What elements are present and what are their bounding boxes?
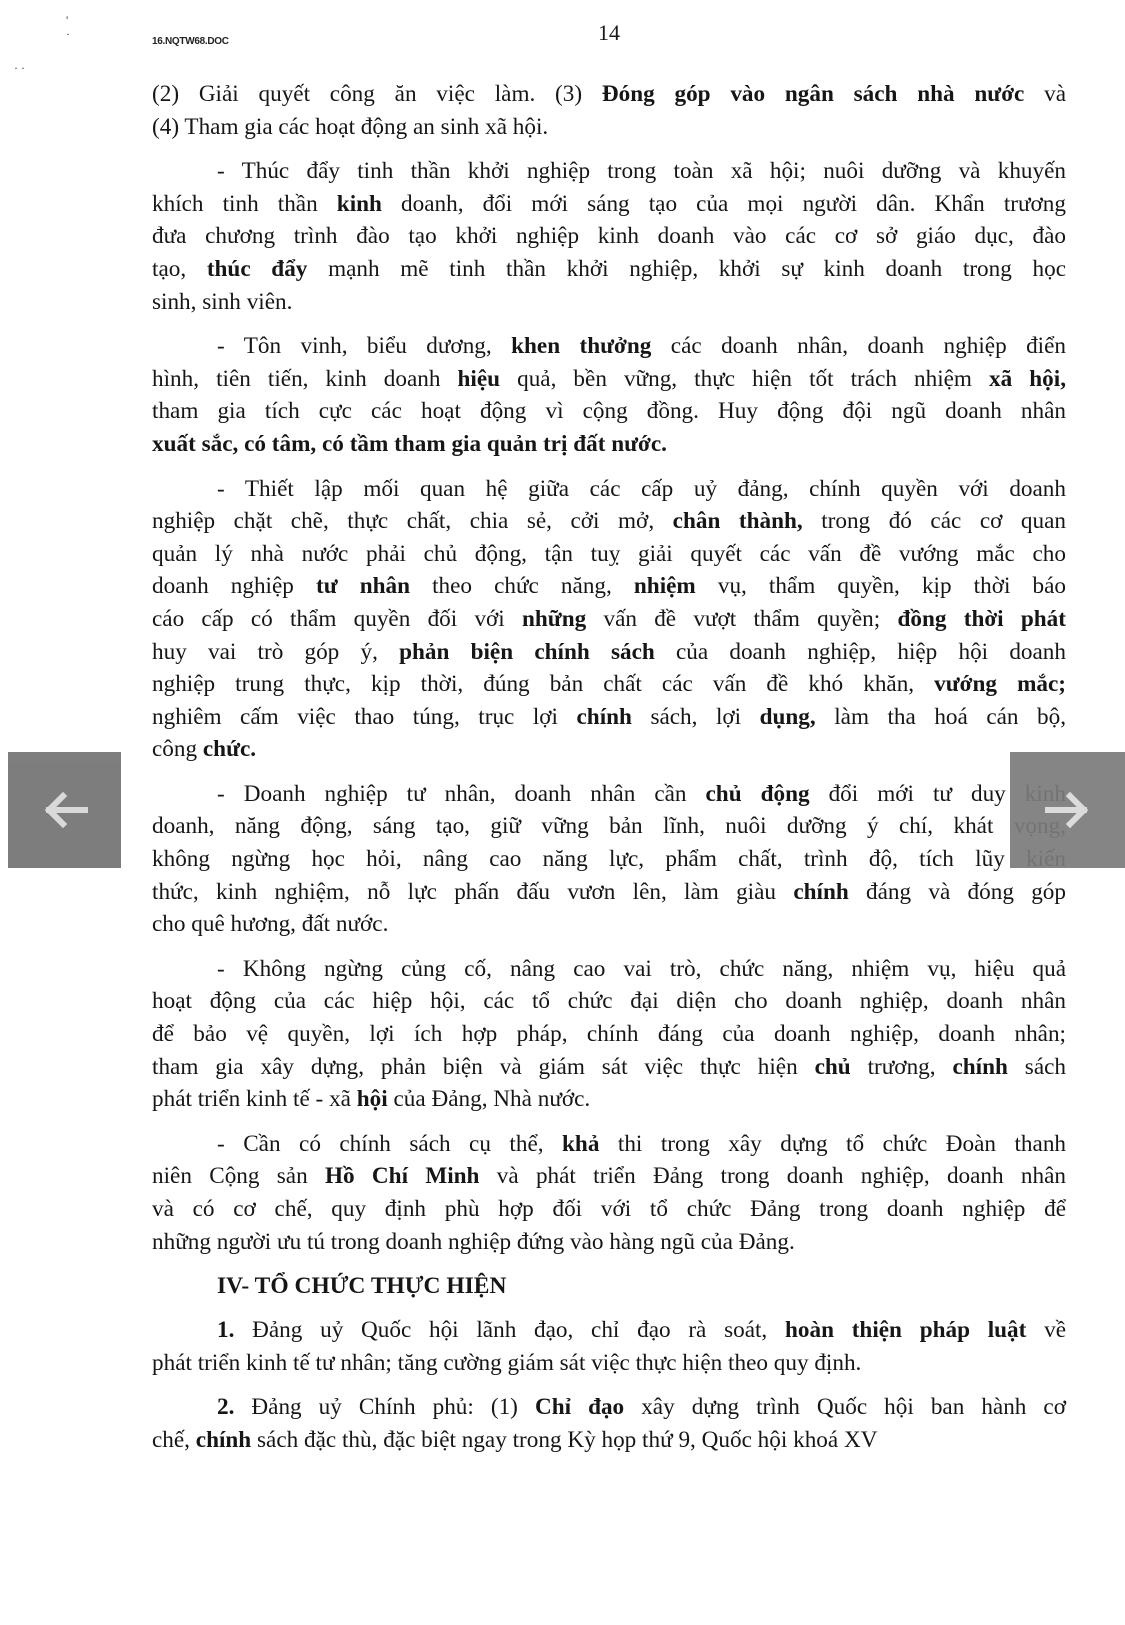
text-line: xuất sắc, có tâm, có tầm tham gia quản t… [152,428,1066,461]
text-line: 2. Đảng uỷ Chính phủ: (1) Chỉ đạo xây dự… [152,1391,1066,1424]
arrow-right-icon [1044,790,1092,830]
text-line: - Thiết lập mối quan hệ giữa các cấp uỷ … [152,473,1066,506]
text-line: (2) Giải quyết công ăn việc làm. (3) Đón… [152,78,1066,111]
text-line: đưa chương trình đào tạo khởi nghiệp kin… [152,220,1066,253]
page-number: 14 [598,20,620,46]
scan-artifact: · · [14,62,25,74]
text-line: - Cần có chính sách cụ thể, khả thi tron… [152,1128,1066,1161]
paragraph: (2) Giải quyết công ăn việc làm. (3) Đón… [152,78,1066,143]
text-line: hình, tiên tiến, kinh doanh hiệu quả, bề… [152,363,1066,396]
text-line: quản lý nhà nước phải chủ động, tận tuỵ … [152,538,1066,571]
text-line: và có cơ chế, quy định phù hợp đối với t… [152,1193,1066,1226]
section-heading: IV- TỔ CHỨC THỰC HIỆN [152,1270,1066,1302]
text-line: cáo cấp có thẩm quyền đối với những vấn … [152,603,1066,636]
paragraph: - Thúc đẩy tinh thần khởi nghiệp trong t… [152,155,1066,318]
paragraph: - Cần có chính sách cụ thể, khả thi tron… [152,1128,1066,1258]
text-line: những người ưu tú trong doanh nghiệp đứn… [152,1226,1066,1259]
text-line: 1. Đảng uỷ Quốc hội lãnh đạo, chỉ đạo rà… [152,1314,1066,1347]
text-line: huy vai trò góp ý, phản biện chính sách … [152,636,1066,669]
scan-artifact: · [66,28,70,40]
text-line: hoạt động của các hiệp hội, các tổ chức … [152,985,1066,1018]
numbered-item: 1. Đảng uỷ Quốc hội lãnh đạo, chỉ đạo rà… [152,1314,1066,1379]
text-line: tạo, thúc đẩy mạnh mẽ tinh thần khởi ngh… [152,253,1066,286]
text-line: doanh nghiệp tư nhân theo chức năng, nhi… [152,570,1066,603]
text-line: - Không ngừng củng cố, nâng cao vai trò,… [152,953,1066,986]
paragraph: - Không ngừng củng cố, nâng cao vai trò,… [152,953,1066,1116]
text-line: tham gia tích cực các hoạt động vì cộng … [152,395,1066,428]
text-line: nghiệp trung thực, kịp thời, đúng bản ch… [152,668,1066,701]
numbered-item: 2. Đảng uỷ Chính phủ: (1) Chỉ đạo xây dự… [152,1391,1066,1456]
text-line: niên Cộng sản Hồ Chí Minh và phát triển … [152,1160,1066,1193]
paragraph: - Tôn vinh, biểu dương, khen thưởng các … [152,330,1066,460]
text-line: - Thúc đẩy tinh thần khởi nghiệp trong t… [152,155,1066,188]
text-line: tham gia xây dựng, phản biện và giám sát… [152,1051,1066,1084]
text-line: sinh, sinh viên. [152,286,1066,319]
text-line: - Doanh nghiệp tư nhân, doanh nhân cần c… [152,778,1066,811]
paragraph: - Thiết lập mối quan hệ giữa các cấp uỷ … [152,473,1066,766]
previous-page-button[interactable] [8,752,121,868]
text-line: phát triển kinh tế - xã hội của Đảng, Nh… [152,1083,1066,1116]
document-file-id: 16.NQTW68.DOC [152,36,229,47]
text-line: chế, chính sách đặc thù, đặc biệt ngay t… [152,1424,1066,1457]
text-line: khích tinh thần kinh doanh, đổi mới sáng… [152,188,1066,221]
text-line: - Tôn vinh, biểu dương, khen thưởng các … [152,330,1066,363]
document-page: ' · · · 16.NQTW68.DOC 14 (2) Giải quyết … [0,0,1125,1625]
paragraph: - Doanh nghiệp tư nhân, doanh nhân cần c… [152,778,1066,941]
text-line: doanh, năng động, sáng tạo, giữ vững bản… [152,810,1066,843]
text-line: không ngừng học hỏi, nâng cao năng lực, … [152,843,1066,876]
text-line: (4) Tham gia các hoạt động an sinh xã hộ… [152,111,1066,144]
next-page-button[interactable] [1010,752,1125,868]
text-line: thức, kinh nghiệm, nỗ lực phấn đấu vươn … [152,876,1066,909]
scan-artifact: ' [66,14,68,26]
text-line: để bảo vệ quyền, lợi ích hợp pháp, chính… [152,1018,1066,1051]
text-line: phát triển kinh tế tư nhân; tăng cường g… [152,1347,1066,1380]
document-body: (2) Giải quyết công ăn việc làm. (3) Đón… [152,78,1066,1457]
text-line: công chức. [152,733,1066,766]
arrow-left-icon [41,790,89,830]
text-line: cho quê hương, đất nước. [152,908,1066,941]
text-line: nghiệp chặt chẽ, thực chất, chia sẻ, cởi… [152,505,1066,538]
text-line: nghiêm cấm việc thao túng, trục lợi chín… [152,701,1066,734]
